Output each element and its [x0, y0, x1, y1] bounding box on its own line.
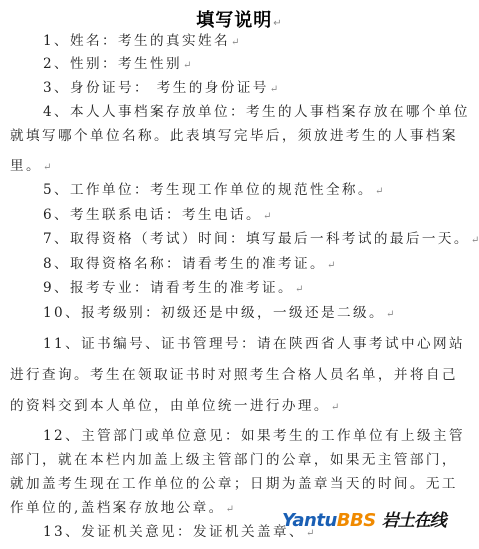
- instruction-line: 里。↵: [10, 157, 462, 177]
- paragraph-mark-icon: ↵: [183, 60, 191, 71]
- line-text: 9、报考专业：请看考生的准考证。: [43, 280, 294, 296]
- line-text: 就加盖考生现在工作单位的公章；日期为盖章当天的时间。无工: [10, 476, 458, 492]
- paragraph-mark-icon: ↵: [386, 309, 394, 320]
- line-text: 的资料交到本人单位，由单位统一进行办理。: [10, 398, 330, 414]
- line-text: 里。: [10, 158, 42, 174]
- instruction-line: 的资料交到本人单位，由单位统一进行办理。↵: [10, 397, 462, 417]
- instruction-line: 10、报考级别：初级还是中级，一级还是二级。↵: [43, 304, 462, 324]
- line-text: 5、工作单位：考生现工作单位的规范性全称。: [43, 182, 374, 198]
- line-text: 12、主管部门或单位意见：如果考生的工作单位有上级主管: [43, 428, 465, 444]
- paragraph-mark-icon: ↵: [270, 84, 278, 95]
- paragraph-mark-icon: ↵: [471, 235, 479, 246]
- paragraph-mark-icon: ↵: [327, 260, 335, 271]
- watermark-bbs: BBS: [337, 510, 376, 531]
- instruction-line: 部门，就在本栏内加盖上级主管部门的公章，如果无主管部门，: [10, 451, 462, 469]
- line-text: 13、发证机关意见：发证机关盖章、: [43, 524, 305, 540]
- watermark-logo: YantuBBS岩土在线: [282, 506, 446, 528]
- instruction-line: 4、本人人事档案存放单位：考生的人事档案存放在哪个单位: [43, 103, 462, 121]
- line-text: 11、证书编号、证书管理号：请在陕西省人事考试中心网站: [43, 336, 465, 352]
- line-text: 4、本人人事档案存放单位：考生的人事档案存放在哪个单位: [43, 104, 470, 120]
- line-text: 部门，就在本栏内加盖上级主管部门的公章，如果无主管部门，: [10, 452, 458, 468]
- line-text: 6、考生联系电话：考生电话。: [43, 207, 262, 223]
- paragraph-mark-icon: ↵: [331, 402, 339, 413]
- watermark-yantu: Yantu: [282, 510, 337, 531]
- line-text: 7、取得资格（考试）时间：填写最后一科考试的最后一天。: [43, 231, 470, 247]
- paragraph-mark-icon: ↵: [226, 504, 234, 515]
- instruction-line: 5、工作单位：考生现工作单位的规范性全称。↵: [43, 181, 462, 201]
- line-text: 2、性别：考生性别: [43, 56, 182, 72]
- paragraph-mark-icon: ↵: [231, 37, 239, 48]
- paragraph-mark-icon: ↵: [263, 211, 271, 222]
- line-text: 8、取得资格名称：请看考生的准考证。: [43, 256, 326, 272]
- instruction-line: 6、考生联系电话：考生电话。↵: [43, 206, 462, 226]
- paragraph-mark-icon: ↵: [273, 18, 282, 29]
- instruction-line: 进行查询。考生在领取证书时对照考生合格人员名单，并将自己: [10, 366, 462, 384]
- line-text: 就填写哪个单位名称。此表填写完毕后，须放进考生的人事档案: [10, 128, 458, 144]
- instruction-line: 8、取得资格名称：请看考生的准考证。↵: [43, 255, 462, 275]
- instruction-line: 7、取得资格（考试）时间：填写最后一科考试的最后一天。↵: [43, 230, 462, 250]
- title-text: 填写说明: [196, 10, 272, 31]
- line-text: 进行查询。考生在领取证书时对照考生合格人员名单，并将自己: [10, 367, 458, 383]
- instruction-line: 就加盖考生现在工作单位的公章；日期为盖章当天的时间。无工: [10, 475, 462, 493]
- instruction-line: 2、性别：考生性别↵: [43, 55, 462, 75]
- line-text: 10、报考级别：初级还是中级，一级还是二级。: [43, 305, 385, 321]
- line-text: 作单位的,盖档案存放地公章。: [10, 500, 225, 516]
- instruction-line: 就填写哪个单位名称。此表填写完毕后，须放进考生的人事档案: [10, 127, 462, 145]
- instruction-line: 1、姓名：考生的真实姓名↵: [43, 32, 462, 52]
- line-text: 3、身份证号： 考生的身份证号: [43, 80, 269, 96]
- document-title: 填写说明↵: [0, 6, 479, 32]
- instruction-line: 9、报考专业：请看考生的准考证。↵: [43, 279, 462, 299]
- instruction-line: 11、证书编号、证书管理号：请在陕西省人事考试中心网站: [43, 335, 462, 353]
- line-text: 1、姓名：考生的真实姓名: [43, 33, 230, 49]
- instruction-line: 3、身份证号： 考生的身份证号↵: [43, 79, 462, 99]
- watermark-cn: 岩土在线: [382, 511, 446, 531]
- instruction-line: 12、主管部门或单位意见：如果考生的工作单位有上级主管: [43, 427, 462, 445]
- paragraph-mark-icon: ↵: [375, 186, 383, 197]
- paragraph-mark-icon: ↵: [43, 162, 51, 173]
- paragraph-mark-icon: ↵: [295, 284, 303, 295]
